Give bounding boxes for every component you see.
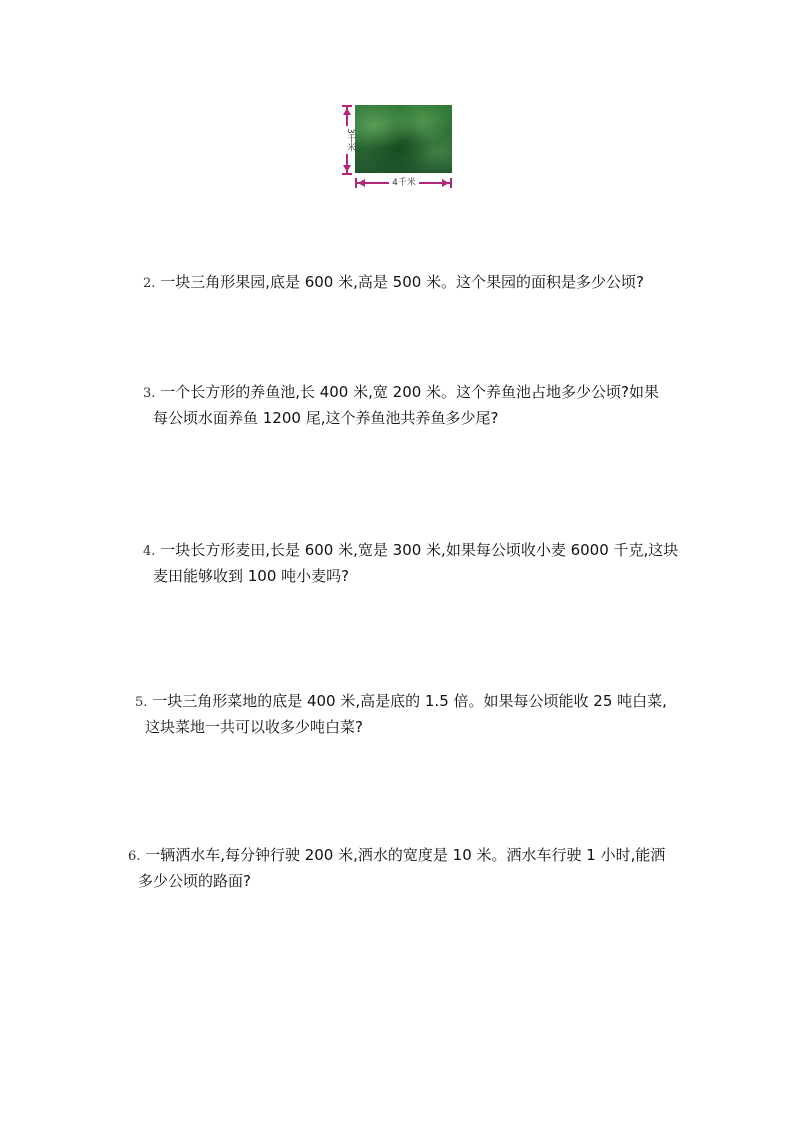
problem-text-line: 一辆洒水车,每分钟行驶 200 米,洒水的宽度是 10 米。洒水车行驶 1 小时… xyxy=(145,846,665,864)
problem-text-line: 麦田能够收到 100 吨小麦吗? xyxy=(143,564,678,588)
problem-2: 2. 一块三角形果园,底是 600 米,高是 500 米。这个果园的面积是多少公… xyxy=(143,270,644,296)
problem-text-line: 一块三角形菜地的底是 400 米,高是底的 1.5 倍。如果每公顷能收 25 吨… xyxy=(152,692,667,710)
problem-number: 3. xyxy=(143,386,155,401)
width-label: 4千米 xyxy=(389,177,419,189)
problem-3: 3. 一个长方形的养鱼池,长 400 米,宽 200 米。这个养鱼池占地多少公顷… xyxy=(143,380,659,430)
arrow-right-icon xyxy=(442,179,449,187)
problem-text-line: 一块长方形麦田,长是 600 米,宽是 300 米,如果每公顷收小麦 6000 … xyxy=(160,541,678,559)
problem-text-line: 每公顷水面养鱼 1200 尾,这个养鱼池共养鱼多少尾? xyxy=(143,406,659,430)
forest-image xyxy=(355,105,452,173)
forest-figure: 3千米 4千米 xyxy=(338,100,458,192)
problem-5: 5. 一块三角形菜地的底是 400 米,高是底的 1.5 倍。如果每公顷能收 2… xyxy=(135,689,667,739)
arrow-down-icon xyxy=(343,165,351,172)
problem-number: 6. xyxy=(128,849,140,864)
problem-4: 4. 一块长方形麦田,长是 600 米,宽是 300 米,如果每公顷收小麦 60… xyxy=(143,538,678,588)
problem-text-line: 多少公顷的路面? xyxy=(128,869,665,893)
problem-text-line: 一个长方形的养鱼池,长 400 米,宽 200 米。这个养鱼池占地多少公顷?如果 xyxy=(160,383,659,401)
problem-number: 5. xyxy=(135,695,147,710)
problem-number: 2. xyxy=(143,276,155,291)
problem-text-line: 一块三角形果园,底是 600 米,高是 500 米。这个果园的面积是多少公顷? xyxy=(160,273,644,291)
arrow-left-icon xyxy=(358,179,365,187)
problem-text-line: 这块菜地一共可以收多少吨白菜? xyxy=(135,715,667,739)
problem-number: 4. xyxy=(143,544,155,559)
problem-6: 6. 一辆洒水车,每分钟行驶 200 米,洒水的宽度是 10 米。洒水车行驶 1… xyxy=(128,843,665,893)
arrow-up-icon xyxy=(343,108,351,115)
height-label: 3千米 xyxy=(339,126,355,154)
